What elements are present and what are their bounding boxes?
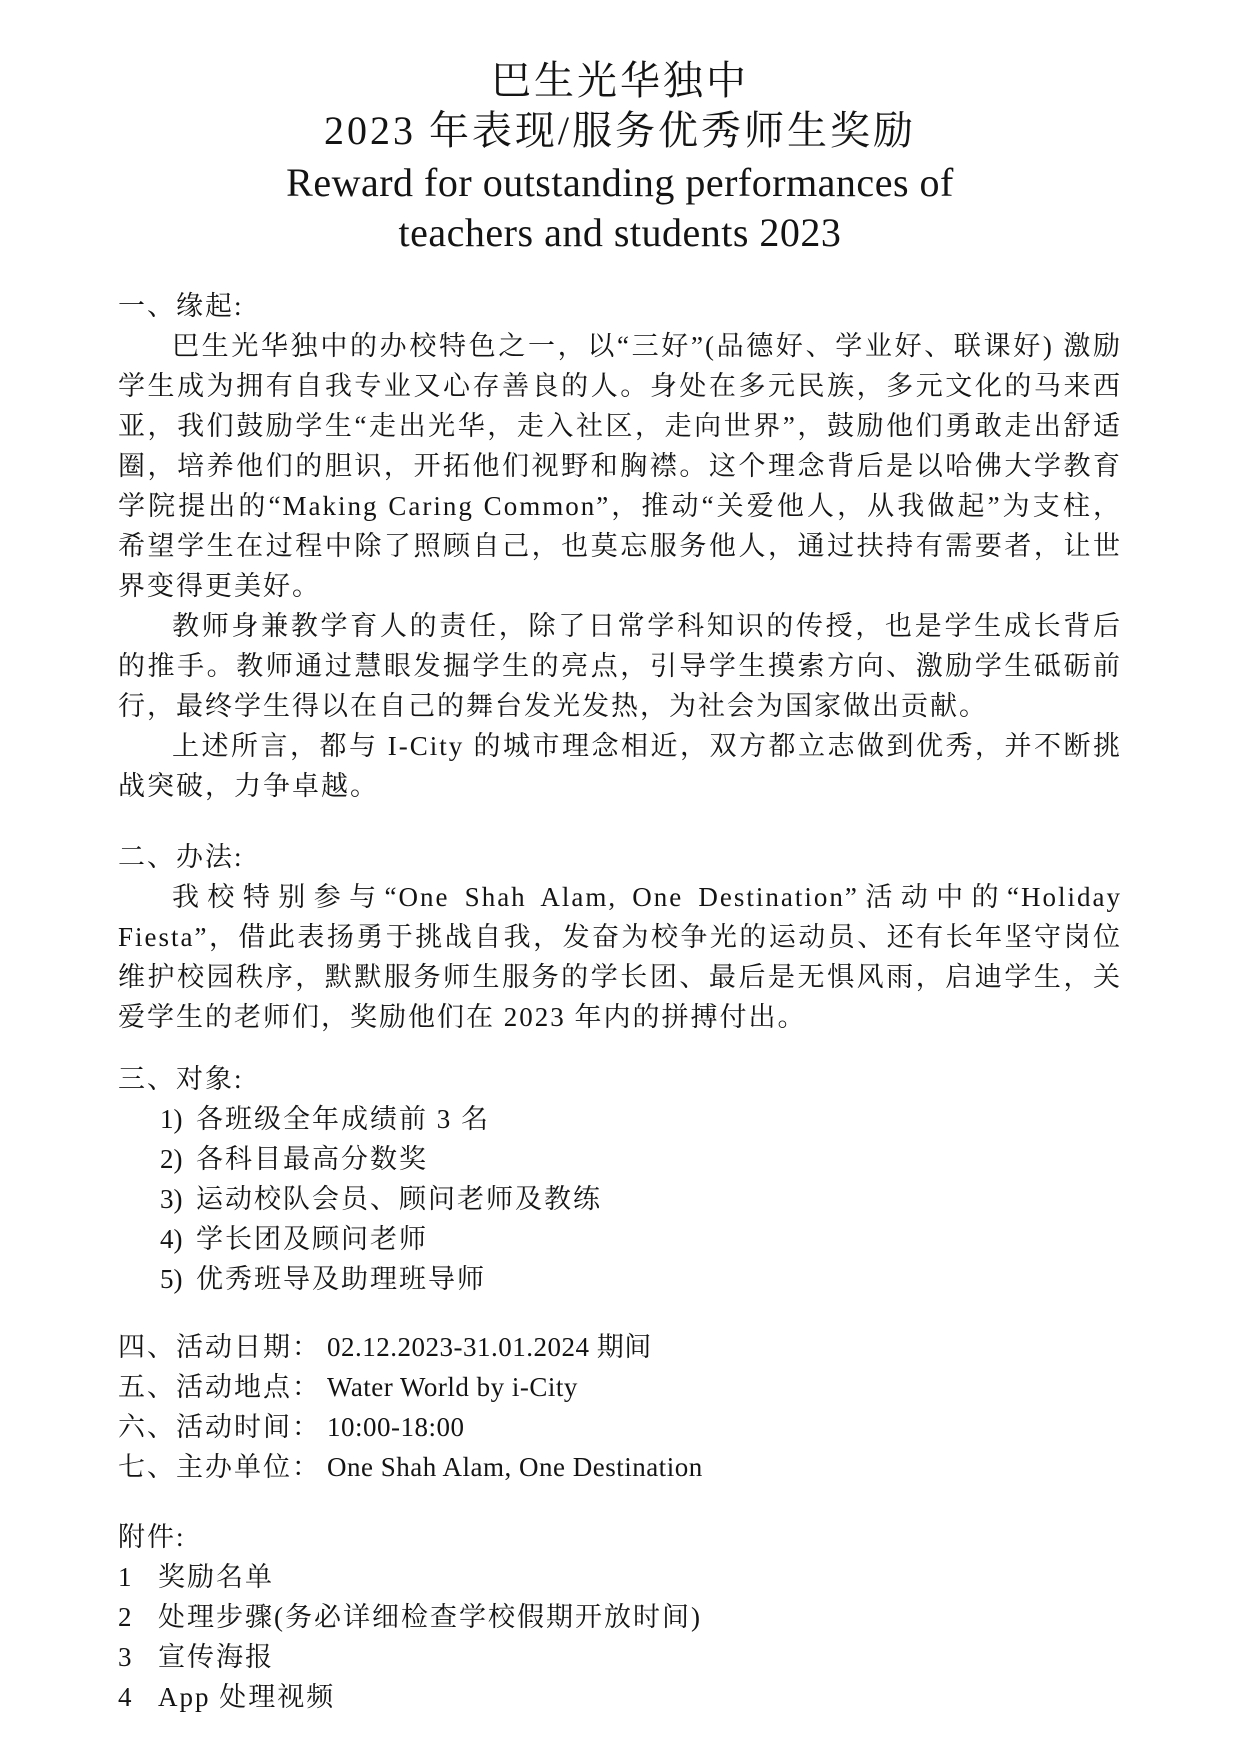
target-item-text: 优秀班导及助理班导师 [196, 1264, 486, 1294]
detail-value: Water World by i-City [327, 1372, 578, 1402]
section-targets: 三、对象: 1)各班级全年成绩前 3 名 2)各科目最高分数奖 3)运动校队会员… [118, 1059, 1122, 1299]
targets-list: 1)各班级全年成绩前 3 名 2)各科目最高分数奖 3)运动校队会员、顾问老师及… [118, 1099, 1122, 1299]
attachment-number: 1 [118, 1557, 158, 1597]
title-zh-school-name: 巴生光华独中 [118, 56, 1122, 106]
detail-value: 02.12.2023-31.01.2024 期间 [327, 1332, 652, 1362]
target-item-number: 2) [160, 1139, 186, 1179]
target-item-number: 4) [160, 1219, 186, 1259]
origin-paragraph-2: 教师身兼教学育人的责任，除了日常学科知识的传授，也是学生成长背后的推手。教师通过… [118, 606, 1122, 726]
target-item-4: 4)学长团及顾问老师 [160, 1219, 1122, 1259]
target-item-number: 1) [160, 1099, 186, 1139]
target-item-2: 2)各科目最高分数奖 [160, 1139, 1122, 1179]
target-item-3: 3)运动校队会员、顾问老师及教练 [160, 1179, 1122, 1219]
detail-label: 五、活动地点： [118, 1372, 321, 1402]
target-item-number: 3) [160, 1179, 186, 1219]
section-attachments: 附件: 1奖励名单 2处理步骤(务必详细检查学校假期开放时间) 3宣传海报 4A… [118, 1517, 1122, 1717]
origin-paragraph-1: 巴生光华独中的办校特色之一，以“三好”(品德好、学业好、联课好) 激励学生成为拥… [118, 326, 1122, 606]
attachment-item-2: 2处理步骤(务必详细检查学校假期开放时间) [118, 1597, 1122, 1637]
attachment-number: 2 [118, 1597, 158, 1637]
section-origin-heading: 一、缘起: [118, 286, 1122, 326]
detail-label: 四、活动日期： [118, 1332, 321, 1362]
attachments-heading: 附件: [118, 1517, 1122, 1557]
detail-event-venue: 五、活动地点：Water World by i-City [118, 1367, 1122, 1407]
target-item-number: 5) [160, 1259, 186, 1299]
document-body: 一、缘起: 巴生光华独中的办校特色之一，以“三好”(品德好、学业好、联课好) 激… [118, 286, 1122, 1717]
attachment-text: 奖励名单 [158, 1562, 274, 1592]
attachment-text: 宣传海报 [158, 1642, 274, 1672]
detail-event-time: 六、活动时间：10:00-18:00 [118, 1407, 1122, 1447]
section-method: 二、办法: 我校特别参与“One Shah Alam, One Destinat… [118, 837, 1122, 1037]
attachment-number: 3 [118, 1637, 158, 1677]
title-en-line2: teachers and students 2023 [118, 208, 1122, 258]
target-item-text: 各班级全年成绩前 3 名 [196, 1104, 490, 1134]
attachment-text: App 处理视频 [158, 1682, 335, 1712]
detail-label: 六、活动时间： [118, 1412, 321, 1442]
origin-paragraph-3: 上述所言，都与 I-City 的城市理念相近，双方都立志做到优秀，并不断挑战突破… [118, 726, 1122, 806]
section-origin: 一、缘起: 巴生光华独中的办校特色之一，以“三好”(品德好、学业好、联课好) 激… [118, 286, 1122, 806]
method-paragraph-1: 我校特别参与“One Shah Alam, One Destination”活动… [118, 877, 1122, 1037]
document-page: 巴生光华独中 2023 年表现/服务优秀师生奖励 Reward for outs… [0, 0, 1240, 1755]
title-zh-subject: 2023 年表现/服务优秀师生奖励 [118, 106, 1122, 156]
detail-label: 七、主办单位： [118, 1452, 321, 1482]
attachment-text: 处理步骤(务必详细检查学校假期开放时间) [158, 1602, 702, 1632]
attachment-item-3: 3宣传海报 [118, 1637, 1122, 1677]
document-header: 巴生光华独中 2023 年表现/服务优秀师生奖励 Reward for outs… [118, 56, 1122, 258]
target-item-text: 学长团及顾问老师 [196, 1224, 428, 1254]
section-method-heading: 二、办法: [118, 837, 1122, 877]
attachment-item-4: 4App 处理视频 [118, 1677, 1122, 1717]
target-item-5: 5)优秀班导及助理班导师 [160, 1259, 1122, 1299]
title-en-line1: Reward for outstanding performances of [118, 158, 1122, 208]
detail-event-organizer: 七、主办单位：One Shah Alam, One Destination [118, 1447, 1122, 1487]
detail-value: One Shah Alam, One Destination [327, 1452, 703, 1482]
target-item-text: 运动校队会员、顾问老师及教练 [196, 1184, 602, 1214]
target-item-text: 各科目最高分数奖 [196, 1144, 428, 1174]
target-item-1: 1)各班级全年成绩前 3 名 [160, 1099, 1122, 1139]
section-event-details: 四、活动日期：02.12.2023-31.01.2024 期间 五、活动地点：W… [118, 1327, 1122, 1487]
attachment-item-1: 1奖励名单 [118, 1557, 1122, 1597]
detail-event-date: 四、活动日期：02.12.2023-31.01.2024 期间 [118, 1327, 1122, 1367]
detail-value: 10:00-18:00 [327, 1412, 465, 1442]
section-targets-heading: 三、对象: [118, 1059, 1122, 1099]
attachment-number: 4 [118, 1677, 158, 1717]
